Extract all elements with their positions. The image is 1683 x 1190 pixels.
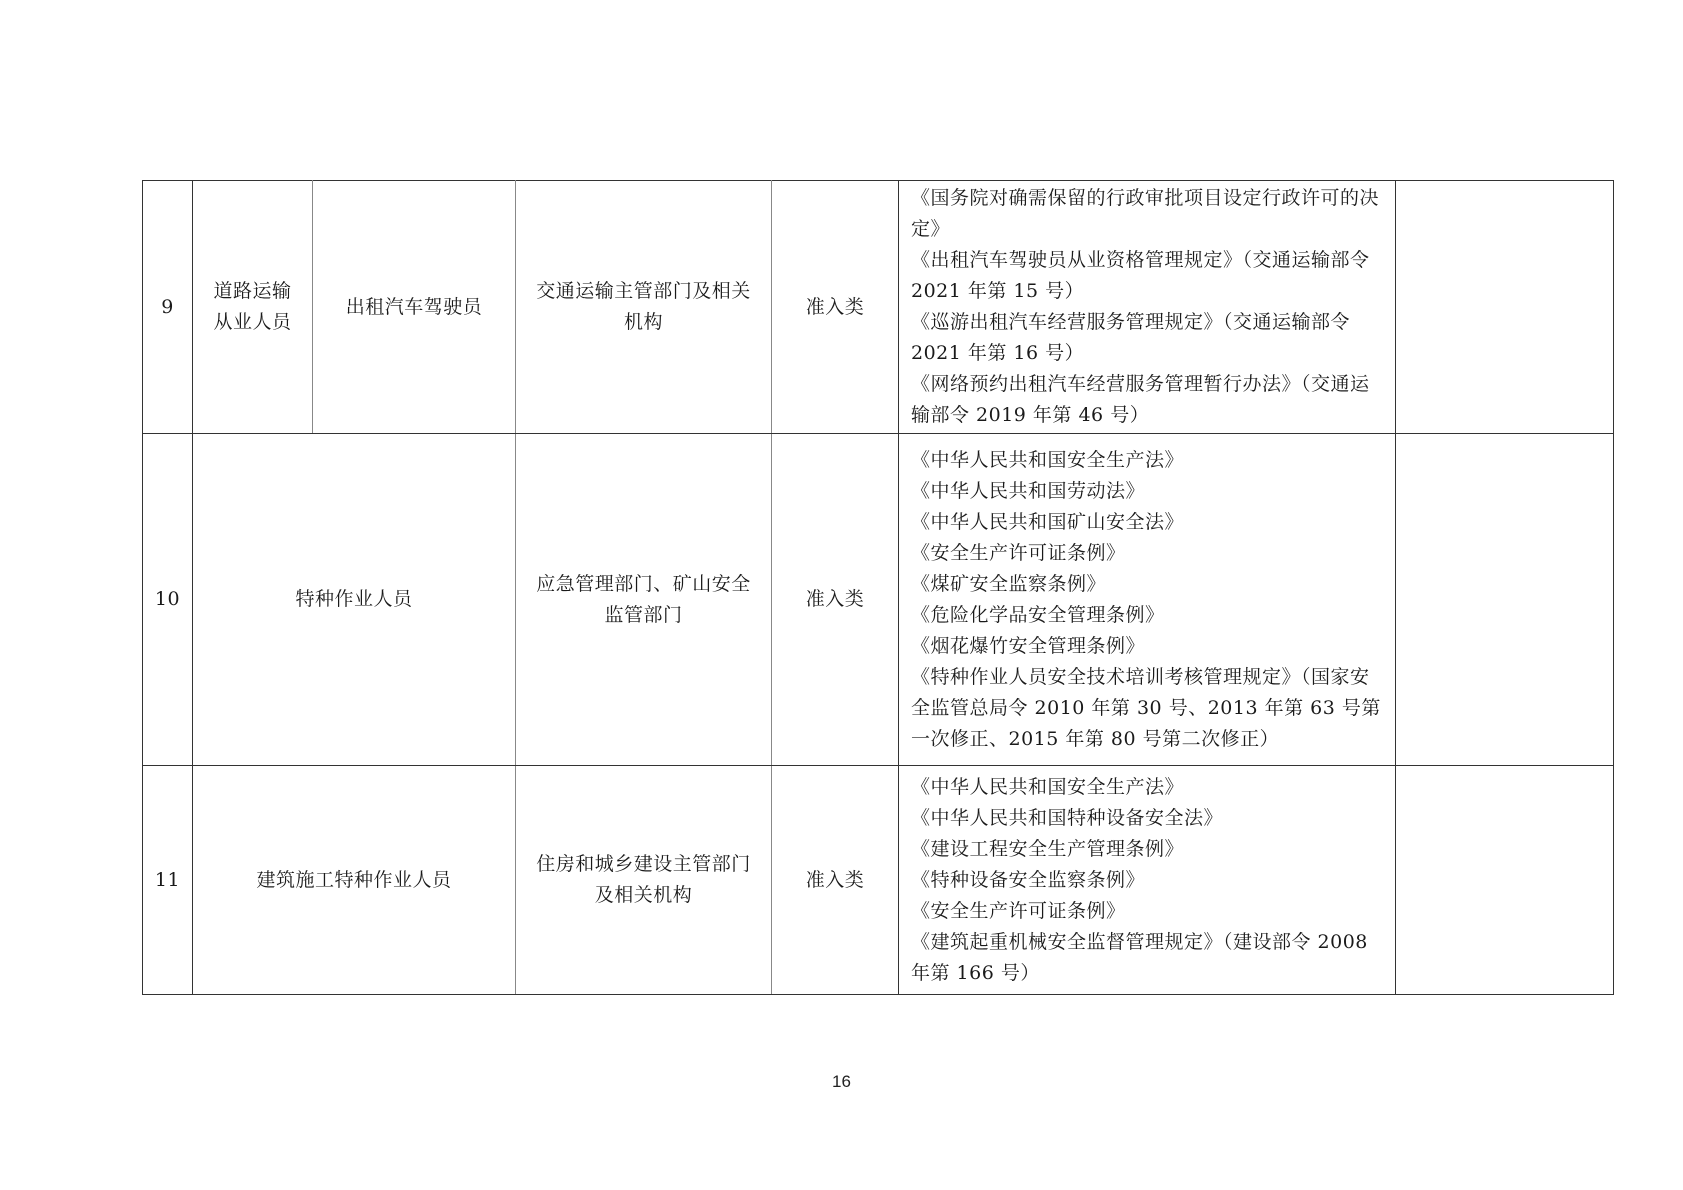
law-item: 《国务院对确需保留的行政审批项目设定行政许可的决定》 (911, 183, 1385, 245)
laws-cell: 《国务院对确需保留的行政审批项目设定行政许可的决定》 《出租汽车驾驶员从业资格管… (899, 181, 1396, 434)
table-row: 9 道路运输 从业人员 出租汽车驾驶员 交通运输主管部门及相关 机构 准入类 《… (143, 181, 1614, 434)
law-item: 《中华人民共和国矿山安全法》 (911, 507, 1385, 538)
remarks-cell (1396, 181, 1614, 434)
subcategory-cell: 出租汽车驾驶员 (313, 181, 516, 434)
law-item: 《网络预约出租汽车经营服务管理暂行办法》（交通运输部令 2019 年第 46 号… (911, 369, 1385, 431)
law-item: 《中华人民共和国劳动法》 (911, 476, 1385, 507)
law-item: 《中华人民共和国安全生产法》 (911, 445, 1385, 476)
qualification-table: 9 道路运输 从业人员 出租汽车驾驶员 交通运输主管部门及相关 机构 准入类 《… (142, 180, 1614, 995)
category-line: 道路运输 (193, 276, 312, 307)
law-item: 《特种作业人员安全技术培训考核管理规定》（国家安全监管总局令 2010 年第 3… (911, 662, 1385, 755)
row-index: 9 (143, 181, 193, 434)
remarks-cell (1396, 434, 1614, 766)
row-index: 10 (143, 434, 193, 766)
authority-line: 机构 (522, 307, 765, 338)
authority-line: 住房和城乡建设主管部门 (522, 849, 765, 880)
law-item: 《煤矿安全监察条例》 (911, 569, 1385, 600)
remarks-cell (1396, 766, 1614, 995)
laws-cell: 《中华人民共和国安全生产法》 《中华人民共和国劳动法》 《中华人民共和国矿山安全… (899, 434, 1396, 766)
table-row: 10 特种作业人员 应急管理部门、矿山安全 监管部门 准入类 《中华人民共和国安… (143, 434, 1614, 766)
law-item: 《出租汽车驾驶员从业资格管理规定》（交通运输部令2021 年第 15 号） (911, 245, 1385, 307)
law-item: 《安全生产许可证条例》 (911, 896, 1385, 927)
law-item: 《特种设备安全监察条例》 (911, 865, 1385, 896)
authority-cell: 交通运输主管部门及相关 机构 (516, 181, 772, 434)
category-cell: 道路运输 从业人员 (193, 181, 313, 434)
law-item: 《安全生产许可证条例》 (911, 538, 1385, 569)
type-cell: 准入类 (772, 434, 899, 766)
law-item: 《建设工程安全生产管理条例》 (911, 834, 1385, 865)
authority-cell: 应急管理部门、矿山安全 监管部门 (516, 434, 772, 766)
document-page: 9 道路运输 从业人员 出租汽车驾驶员 交通运输主管部门及相关 机构 准入类 《… (0, 0, 1683, 1190)
category-cell: 特种作业人员 (193, 434, 516, 766)
authority-line: 及相关机构 (522, 880, 765, 911)
type-cell: 准入类 (772, 181, 899, 434)
authority-cell: 住房和城乡建设主管部门 及相关机构 (516, 766, 772, 995)
law-item: 《烟花爆竹安全管理条例》 (911, 631, 1385, 662)
type-cell: 准入类 (772, 766, 899, 995)
page-number: 16 (0, 1072, 1683, 1092)
law-item: 《巡游出租汽车经营服务管理规定》（交通运输部令2021 年第 16 号） (911, 307, 1385, 369)
table-row: 11 建筑施工特种作业人员 住房和城乡建设主管部门 及相关机构 准入类 《中华人… (143, 766, 1614, 995)
authority-line: 应急管理部门、矿山安全 (522, 569, 765, 600)
category-cell: 建筑施工特种作业人员 (193, 766, 516, 995)
laws-cell: 《中华人民共和国安全生产法》 《中华人民共和国特种设备安全法》 《建设工程安全生… (899, 766, 1396, 995)
law-item: 《危险化学品安全管理条例》 (911, 600, 1385, 631)
law-item: 《中华人民共和国安全生产法》 (911, 772, 1385, 803)
authority-line: 监管部门 (522, 600, 765, 631)
law-item: 《建筑起重机械安全监督管理规定》（建设部令 2008 年第 166 号） (911, 927, 1385, 989)
law-item: 《中华人民共和国特种设备安全法》 (911, 803, 1385, 834)
category-line: 从业人员 (193, 307, 312, 338)
row-index: 11 (143, 766, 193, 995)
authority-line: 交通运输主管部门及相关 (522, 276, 765, 307)
